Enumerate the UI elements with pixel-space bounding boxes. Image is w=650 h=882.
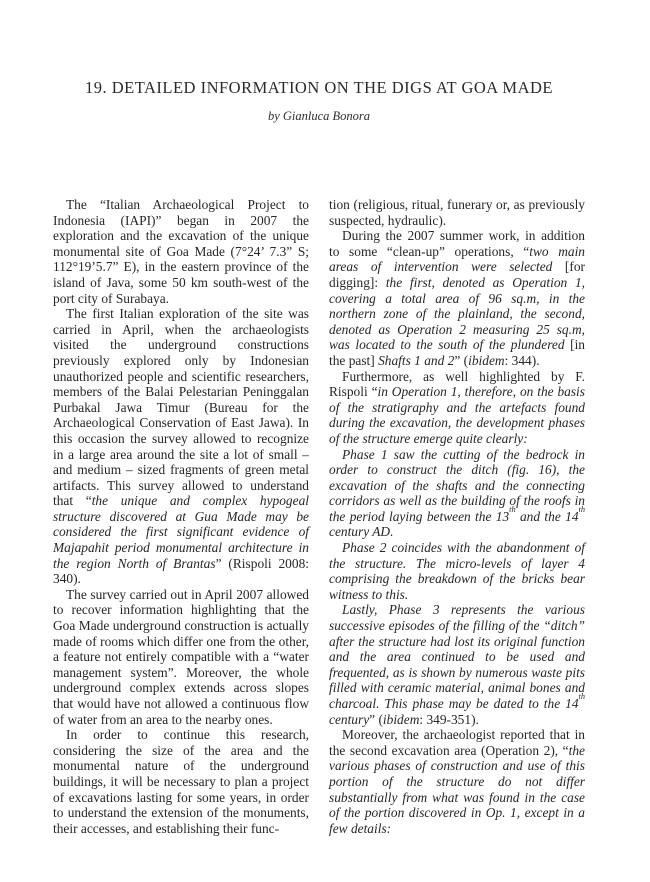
italic-text-run: Phase 2 coincides with the abandonment o…	[329, 540, 585, 602]
text-run: ” (	[454, 353, 468, 368]
text-run: ” (	[369, 712, 383, 727]
italic-text-run: century	[329, 712, 369, 727]
italic-text-run: century AD.	[329, 524, 393, 539]
italic-text-run: ibidem	[383, 712, 419, 727]
left-column: The “Italian Archaeological Project to I…	[53, 197, 309, 836]
text-run: Moreover, the archaeologist reported tha…	[329, 727, 585, 758]
superscript-run: th	[579, 692, 585, 701]
text-run: In order to continue this research, cons…	[53, 727, 309, 836]
right-column: tion (religious, ritual, funerary or, as…	[329, 197, 585, 836]
paragraph: The first Italian exploration of the sit…	[53, 306, 309, 587]
text-run: tion (religious, ritual, funerary or, as…	[329, 197, 585, 228]
text-run: The first Italian exploration of the sit…	[53, 306, 309, 508]
italic-text-run: and the 14	[516, 509, 579, 524]
paragraph: During the 2007 summer work, in addition…	[329, 228, 585, 368]
paragraph: Furthermore, as well highlighted by F. R…	[329, 369, 585, 447]
text-run: : 349-351).	[419, 712, 479, 727]
paragraph: tion (religious, ritual, funerary or, as…	[329, 197, 585, 228]
superscript-run: th	[579, 505, 585, 514]
text-run: : 344).	[505, 353, 540, 368]
scanned-page: 19. DETAILED INFORMATION ON THE DIGS AT …	[0, 0, 650, 882]
byline: by Gianluca Bonora	[53, 109, 585, 124]
text-run: The “Italian Archaeological Project to I…	[53, 197, 309, 306]
page-title: 19. DETAILED INFORMATION ON THE DIGS AT …	[53, 78, 585, 98]
paragraph: Phase 2 coincides with the abandonment o…	[329, 540, 585, 602]
paragraph: Moreover, the archaeologist reported tha…	[329, 727, 585, 836]
paragraph: Lastly, Phase 3 represents the various s…	[329, 602, 585, 727]
article-body: The “Italian Archaeological Project to I…	[53, 197, 585, 836]
italic-text-run: ibidem	[468, 353, 504, 368]
paragraph: Phase 1 saw the cutting of the bedrock i…	[329, 447, 585, 541]
paragraph: The survey carried out in April 2007 all…	[53, 587, 309, 727]
text-run: The survey carried out in April 2007 all…	[53, 587, 309, 727]
paragraph: The “Italian Archaeological Project to I…	[53, 197, 309, 306]
paragraph: In order to continue this research, cons…	[53, 727, 309, 836]
italic-text-run: Lastly, Phase 3 represents the various s…	[329, 602, 585, 711]
italic-text-run: Shafts 1 and 2	[378, 353, 454, 368]
superscript-run: th	[509, 505, 515, 514]
